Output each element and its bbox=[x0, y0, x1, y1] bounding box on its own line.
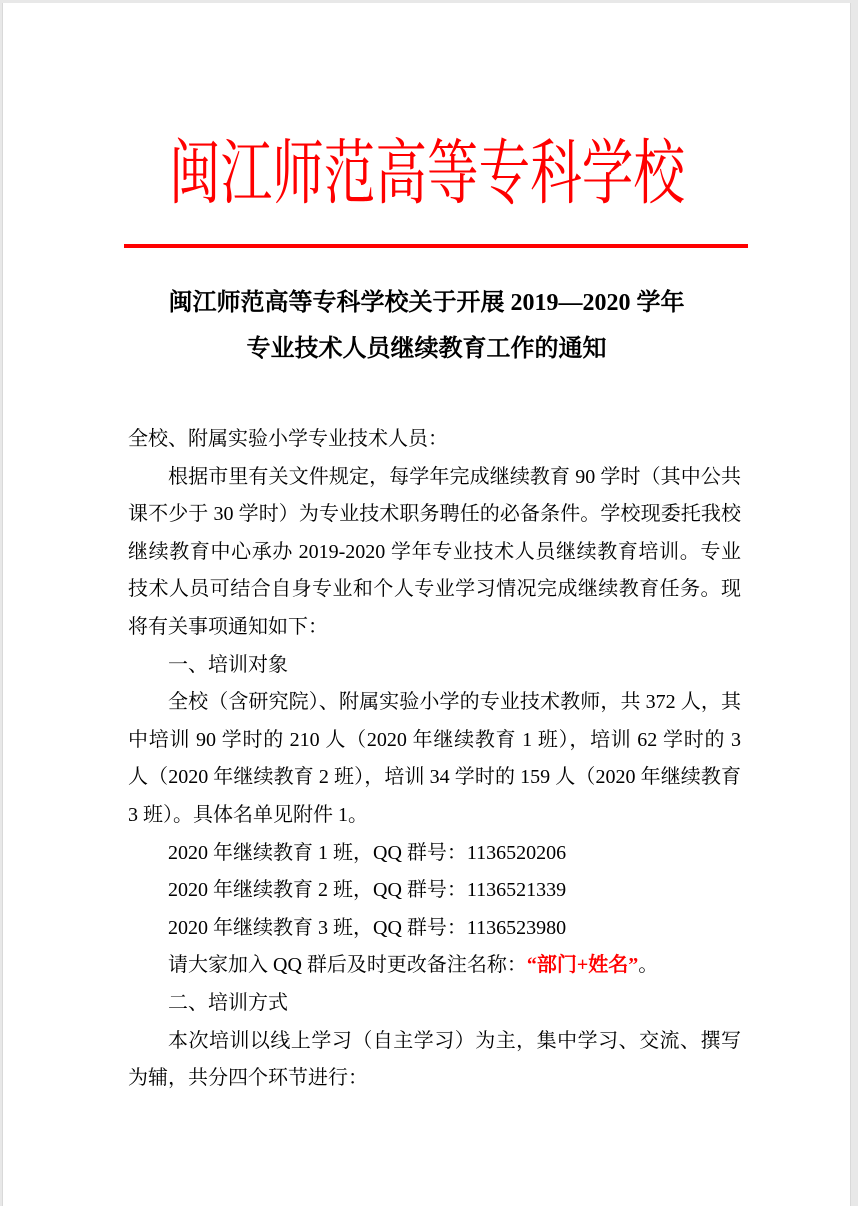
body-text-segment: 2020 年继续教育 1 班，QQ 群号：1136520206 bbox=[168, 842, 566, 864]
paragraph: 2020 年继续教育 3 班，QQ 群号：1136523980 bbox=[128, 910, 741, 948]
paragraph: 本次培训以线上学习（自主学习）为主，集中学习、交流、撰写为辅，共分四个环节进行： bbox=[128, 1023, 741, 1098]
body-text-segment: 请大家加入 QQ 群后及时更改备注名称： bbox=[168, 954, 527, 976]
body-text-segment: 。 bbox=[638, 954, 658, 976]
letterhead-divider-line bbox=[124, 244, 748, 248]
letterhead: 闽江师范高等专科学校 bbox=[3, 135, 850, 201]
paragraph: 一、培训对象 bbox=[128, 647, 741, 685]
document-title: 闽江师范高等专科学校关于开展 2019—2020 学年 专业技术人员继续教育工作… bbox=[3, 280, 850, 372]
paragraph: 2020 年继续教育 1 班，QQ 群号：1136520206 bbox=[128, 835, 741, 873]
body-text-segment: 根据市里有关文件规定，每学年完成继续教育 90 学时（其中公共课不少于 30 学… bbox=[128, 466, 741, 638]
highlighted-text: “部门+姓名” bbox=[527, 954, 638, 976]
paragraph: 二、培训方式 bbox=[128, 985, 741, 1023]
document-body: 全校、附属实验小学专业技术人员：根据市里有关文件规定，每学年完成继续教育 90 … bbox=[128, 421, 741, 1098]
body-text-segment: 二、培训方式 bbox=[168, 992, 288, 1014]
body-text-segment: 全校（含研究院）、附属实验小学的专业技术教师，共 372 人，其中培训 90 学… bbox=[128, 691, 741, 826]
paragraph: 请大家加入 QQ 群后及时更改备注名称：“部门+姓名”。 bbox=[128, 947, 741, 985]
body-text-segment: 一、培训对象 bbox=[168, 654, 288, 676]
paragraph: 全校、附属实验小学专业技术人员： bbox=[128, 421, 741, 459]
document-title-line-1: 闽江师范高等专科学校关于开展 2019—2020 学年 bbox=[3, 280, 850, 326]
body-text-segment: 2020 年继续教育 2 班，QQ 群号：1136521339 bbox=[168, 879, 566, 901]
document-page: 闽江师范高等专科学校 闽江师范高等专科学校关于开展 2019—2020 学年 专… bbox=[2, 3, 851, 1206]
body-text-segment: 全校、附属实验小学专业技术人员： bbox=[128, 428, 448, 450]
paragraph: 根据市里有关文件规定，每学年完成继续教育 90 学时（其中公共课不少于 30 学… bbox=[128, 459, 741, 647]
body-text-segment: 本次培训以线上学习（自主学习）为主，集中学习、交流、撰写为辅，共分四个环节进行： bbox=[128, 1030, 741, 1090]
paragraph: 全校（含研究院）、附属实验小学的专业技术教师，共 372 人，其中培训 90 学… bbox=[128, 684, 741, 834]
body-text-segment: 2020 年继续教育 3 班，QQ 群号：1136523980 bbox=[168, 917, 566, 939]
paragraph: 2020 年继续教育 2 班，QQ 群号：1136521339 bbox=[128, 872, 741, 910]
document-title-line-2: 专业技术人员继续教育工作的通知 bbox=[3, 326, 850, 372]
letterhead-school-name: 闽江师范高等专科学校 bbox=[169, 135, 685, 213]
